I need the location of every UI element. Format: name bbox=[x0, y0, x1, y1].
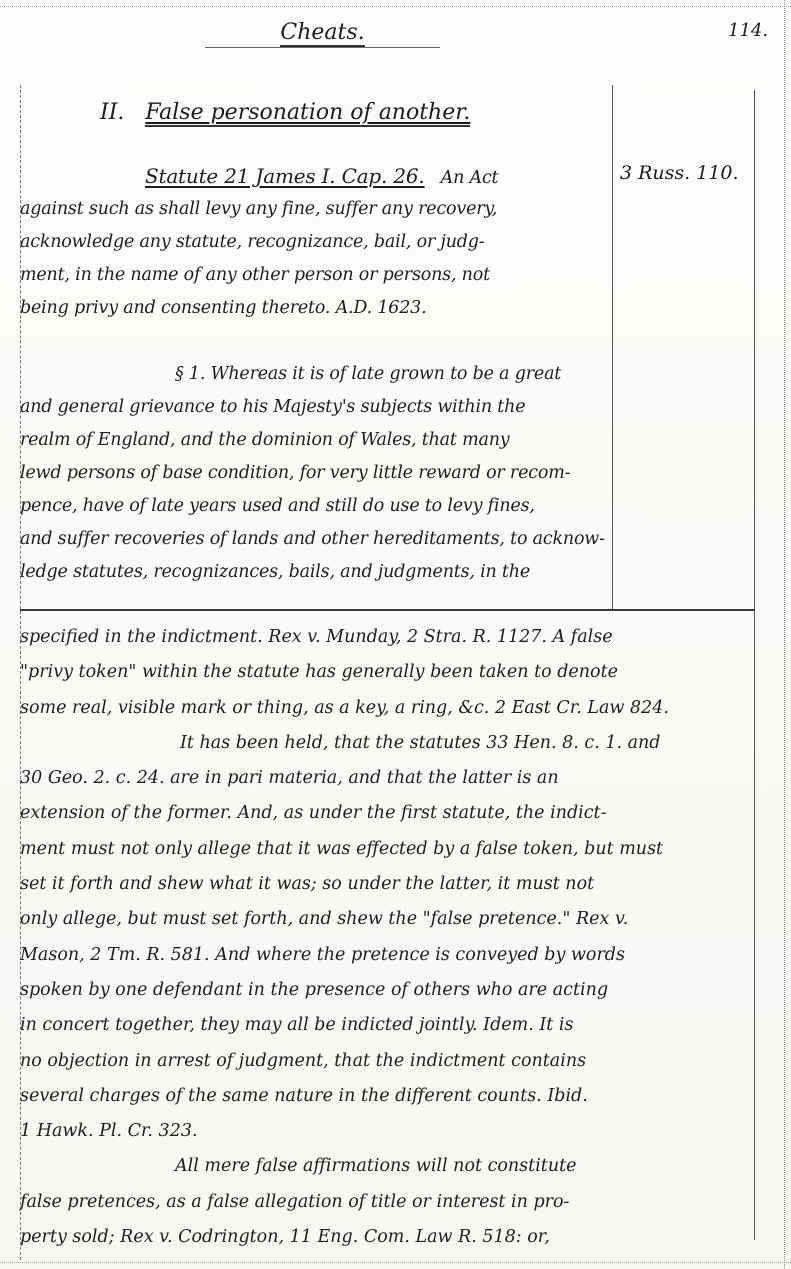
section-heading: II. False personation of another. bbox=[100, 100, 470, 125]
lower-line: "privy token" within the statute has gen… bbox=[20, 655, 760, 690]
lower-line: several charges of the same nature in th… bbox=[20, 1079, 760, 1114]
lower-line: no objection in arrest of judgment, that… bbox=[20, 1044, 760, 1079]
lower-line: set it forth and shew what it was; so un… bbox=[20, 867, 760, 902]
statute-line: An Act bbox=[441, 168, 499, 188]
margin-column-rule bbox=[612, 85, 613, 610]
section-one-text: § 1. Whereas it is of late grown to be a… bbox=[175, 364, 561, 384]
section-numeral: II. bbox=[100, 100, 124, 125]
page-edge-top bbox=[0, 6, 791, 9]
lower-line: in concert together, they may all be ind… bbox=[20, 1008, 760, 1043]
section-one-line: and general grievance to his Majesty's s… bbox=[20, 391, 600, 424]
lower-line: specified in the indictment. Rex v. Mund… bbox=[20, 620, 760, 655]
section-one-line: ledge statutes, recognizances, bails, an… bbox=[20, 556, 600, 589]
page-title-text: Cheats. bbox=[280, 20, 364, 47]
lower-line: false pretences, as a false allegation o… bbox=[20, 1185, 760, 1220]
page-number: 114. bbox=[728, 20, 768, 41]
section-divider bbox=[20, 609, 755, 611]
lower-line: only allege, but must set forth, and she… bbox=[20, 902, 760, 937]
statute-line: against such as shall levy any fine, suf… bbox=[20, 193, 600, 226]
page-title: Cheats. bbox=[205, 20, 440, 48]
section-one-block: § 1. Whereas it is of late grown to be a… bbox=[20, 358, 600, 589]
lower-line: 1 Hawk. Pl. Cr. 323. bbox=[20, 1114, 760, 1149]
margin-citation: 3 Russ. 110. bbox=[620, 162, 739, 184]
lower-line: Mason, 2 Tm. R. 581. And where the prete… bbox=[20, 938, 760, 973]
lower-text: It has been held, that the statutes 33 H… bbox=[180, 733, 661, 753]
lower-line: extension of the former. And, as under t… bbox=[20, 796, 760, 831]
lower-line: All mere false affirmations will not con… bbox=[20, 1149, 760, 1184]
statute-block: Statute 21 James I. Cap. 26. An Act agai… bbox=[20, 160, 600, 325]
lower-line: 30 Geo. 2. c. 24. are in pari materia, a… bbox=[20, 761, 760, 796]
page-edge-bottom bbox=[0, 1262, 791, 1264]
statute-line: being privy and consenting thereto. A.D.… bbox=[20, 292, 600, 325]
statute-line: acknowledge any statute, recognizance, b… bbox=[20, 226, 600, 259]
section-one-line: realm of England, and the dominion of Wa… bbox=[20, 424, 600, 457]
lower-section-block: specified in the indictment. Rex v. Mund… bbox=[20, 620, 760, 1255]
manuscript-page: Cheats. 114. II. False personation of an… bbox=[0, 0, 791, 1269]
section-one-line: lewd persons of base condition, for very… bbox=[20, 457, 600, 490]
lower-line: perty sold; Rex v. Codrington, 11 Eng. C… bbox=[20, 1220, 760, 1255]
lower-line: ment must not only allege that it was ef… bbox=[20, 832, 760, 867]
lower-line: some real, visible mark or thing, as a k… bbox=[20, 691, 760, 726]
statute-line: ment, in the name of any other person or… bbox=[20, 259, 600, 292]
lower-text: All mere false affirmations will not con… bbox=[175, 1156, 576, 1176]
section-one-line: and suffer recoveries of lands and other… bbox=[20, 523, 600, 556]
statute-citation: Statute 21 James I. Cap. 26. bbox=[145, 164, 425, 188]
page-edge-right bbox=[784, 0, 786, 1269]
statute-title-line: Statute 21 James I. Cap. 26. An Act bbox=[20, 160, 600, 193]
section-one-line: pence, have of late years used and still… bbox=[20, 490, 600, 523]
lower-line: It has been held, that the statutes 33 H… bbox=[20, 726, 760, 761]
section-heading-text: False personation of another. bbox=[145, 100, 470, 127]
section-one-line: § 1. Whereas it is of late grown to be a… bbox=[20, 358, 600, 391]
lower-line: spoken by one defendant in the presence … bbox=[20, 973, 760, 1008]
